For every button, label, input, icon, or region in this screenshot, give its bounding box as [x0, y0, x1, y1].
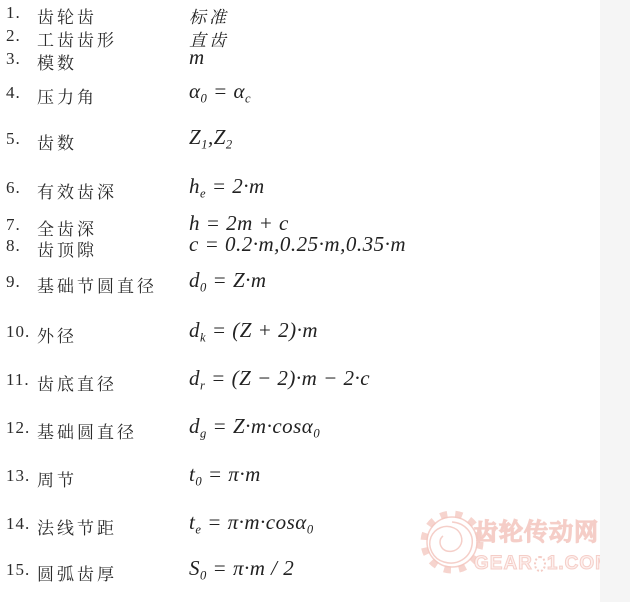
row-label: 齿底直径: [37, 370, 117, 395]
row-label: 齿顶隙: [37, 236, 97, 261]
row-label: 工齿齿形: [37, 26, 117, 51]
table-row: 6. 有效齿深 he = 2·m: [0, 178, 600, 204]
row-label: 齿数: [37, 129, 77, 154]
row-formula: Z1,Z2: [189, 125, 233, 150]
document-page: 1. 齿轮齿 标准 2. 工齿齿形 直齿 3. 模数 m 4. 压力角 α0 =…: [0, 0, 630, 602]
row-number: 3.: [6, 49, 36, 69]
row-number: 2.: [6, 26, 36, 46]
row-number: 1.: [6, 3, 36, 23]
page-right-margin: [600, 0, 630, 602]
row-formula: t0 = π·m: [189, 462, 261, 487]
row-formula: α0 = αc: [189, 79, 251, 104]
row-formula: dr = (Z − 2)·m − 2·c: [189, 366, 370, 391]
row-number: 14.: [6, 514, 36, 534]
row-formula: m: [189, 45, 205, 70]
row-number: 10.: [6, 322, 36, 342]
row-label: 压力角: [37, 83, 97, 108]
table-row: 11. 齿底直径 dr = (Z − 2)·m − 2·c: [0, 370, 600, 396]
table-row: 4. 压力角 α0 = αc: [0, 83, 600, 109]
row-label: 模数: [37, 49, 77, 74]
row-number: 8.: [6, 236, 36, 256]
row-formula: dg = Z·m·cosα0: [189, 414, 320, 439]
row-number: 15.: [6, 560, 36, 580]
row-number: 11.: [6, 370, 36, 390]
table-row: 10. 外径 dk = (Z + 2)·m: [0, 322, 600, 348]
row-formula: d0 = Z·m: [189, 268, 267, 293]
row-label: 法线节距: [37, 514, 117, 539]
row-number: 12.: [6, 418, 36, 438]
row-number: 6.: [6, 178, 36, 198]
row-label: 基础节圆直径: [37, 272, 157, 297]
table-row: 14. 法线节距 te = π·m·cosα0: [0, 514, 600, 540]
table-row: 15. 圆弧齿厚 S0 = π·m / 2: [0, 560, 600, 586]
row-number: 5.: [6, 129, 36, 149]
row-formula: he = 2·m: [189, 174, 265, 199]
row-number: 9.: [6, 272, 36, 292]
row-label: 齿轮齿: [37, 3, 97, 28]
row-formula: te = π·m·cosα0: [189, 510, 314, 535]
row-number: 7.: [6, 215, 36, 235]
row-label: 基础圆直径: [37, 418, 137, 443]
row-formula: S0 = π·m / 2: [189, 556, 294, 581]
row-formula: c = 0.2·m,0.25·m,0.35·m: [189, 232, 406, 257]
table-row: 13. 周节 t0 = π·m: [0, 466, 600, 492]
row-number: 13.: [6, 466, 36, 486]
table-row: 12. 基础圆直径 dg = Z·m·cosα0: [0, 418, 600, 444]
row-label: 圆弧齿厚: [37, 560, 117, 585]
row-value: 标准: [189, 3, 229, 28]
row-label: 外径: [37, 322, 77, 347]
row-formula: dk = (Z + 2)·m: [189, 318, 318, 343]
table-row: 3. 模数 m: [0, 49, 600, 75]
table-row: 5. 齿数 Z1,Z2: [0, 129, 600, 155]
row-label: 周节: [37, 466, 77, 491]
table-row: 9. 基础节圆直径 d0 = Z·m: [0, 272, 600, 298]
row-number: 4.: [6, 83, 36, 103]
table-row: 8. 齿顶隙 c = 0.2·m,0.25·m,0.35·m: [0, 236, 600, 262]
row-label: 有效齿深: [37, 178, 117, 203]
